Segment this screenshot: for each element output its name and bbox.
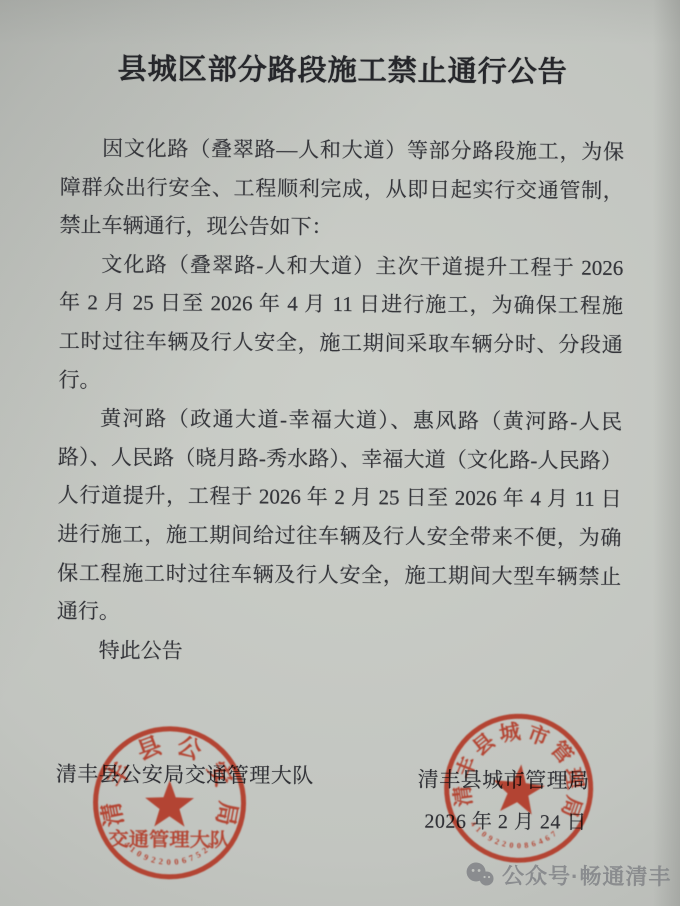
notice-body: 因文化路（叠翠路—人和大道）等部分路段施工，为保 障群众出行安全、工程顺利完成，…: [56, 129, 624, 673]
text-line: 文化路（叠翠路-人和大道）主次干道提升工程于 2026: [59, 245, 623, 288]
text-line: 禁止车辆通行，现公告如下：: [59, 206, 623, 249]
document-photo: 县城区部分路段施工禁止通行公告 因文化路（叠翠路—人和大道）等部分路段施工，为保…: [0, 0, 680, 906]
official-seal-city: 清丰县城市管理局 4109220086467: [425, 694, 613, 882]
text-line: 保工程施工时过往车辆及行人安全，施工期间大型车辆禁止: [57, 554, 621, 597]
star-icon: [145, 780, 194, 827]
watermark: 公众号·畅通清丰: [465, 859, 672, 891]
closing-line: 特此公告: [56, 631, 620, 674]
text-line: 年 2 月 25 日至 2026 年 4 月 11 日进行施工，为确保工程施: [59, 283, 623, 326]
text-line: 黄河路（政通大道-幸福大道）、惠风路（黄河路-人民: [58, 399, 622, 442]
star-icon: [490, 762, 547, 816]
text-line: 因文化路（叠翠路—人和大道）等部分路段施工，为保: [60, 129, 624, 172]
text-line: 路）、人民路（晓月路-秀水路）、幸福大道（文化路-人民路）: [58, 438, 622, 481]
official-seal-police: 清丰县公安局 交通管理大队 4109220067520: [84, 717, 255, 888]
paragraph-1: 因文化路（叠翠路—人和大道）等部分路段施工，为保 障群众出行安全、工程顺利完成，…: [59, 129, 624, 249]
page-title: 县城区部分路段施工禁止通行公告: [3, 46, 680, 92]
text-line: 人行道提升，工程于 2026 年 2 月 25 日至 2026 年 4 月 11…: [58, 476, 622, 519]
watermark-label: 公众号·畅通清丰: [502, 859, 672, 891]
paper-sheet: 县城区部分路段施工禁止通行公告 因文化路（叠翠路—人和大道）等部分路段施工，为保…: [0, 0, 680, 906]
text-line: 进行施工，施工期间给过往车辆及行人安全带来不便，为确: [57, 515, 621, 558]
paragraph-2: 文化路（叠翠路-人和大道）主次干道提升工程于 2026 年 2 月 25 日至 …: [58, 245, 623, 403]
paragraph-3: 黄河路（政通大道-幸福大道）、惠风路（黄河路-人民 路）、人民路（晓月路-秀水路…: [57, 399, 623, 634]
text-line: 工时过往车辆及行人安全，施工期间采取车辆分时、分段通: [59, 322, 623, 365]
text-line: 行。: [58, 361, 622, 404]
text-line: 障群众出行安全、工程顺利完成，从即日起实行交通管制，: [60, 168, 624, 211]
wechat-icon: [465, 861, 495, 887]
text-line: 通行。: [57, 592, 621, 635]
